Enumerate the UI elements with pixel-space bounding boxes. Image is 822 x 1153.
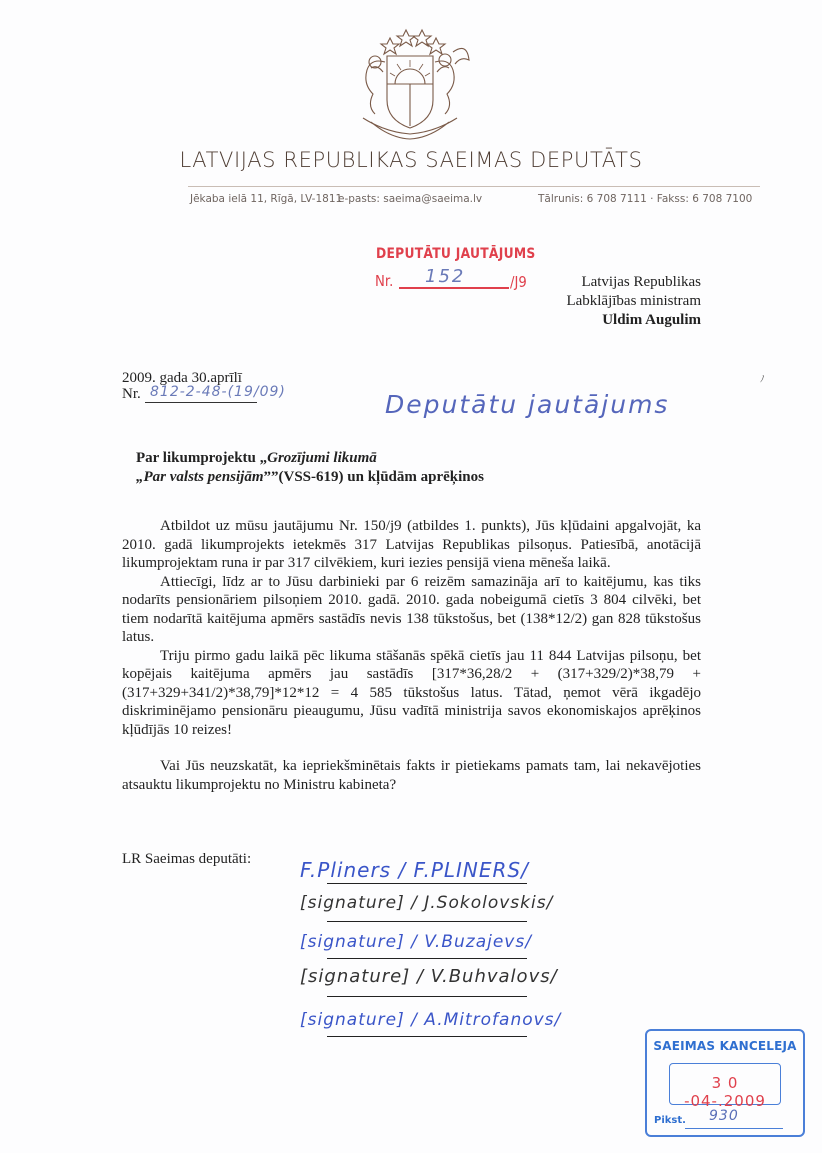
reference-label: Nr. [122,386,141,403]
signature-line [327,958,527,959]
office-stamp-piksl-line [685,1128,783,1129]
office-stamp-date-box: 3 0 -04-.2009 [669,1063,781,1105]
signature-line [327,996,527,997]
signatures-label: LR Saeimas deputāti: [122,851,251,868]
subject-italic-1: Grozījumi likumā [267,450,377,466]
recipient-line-1: Latvijas Republikas [500,273,701,292]
letter-subject: Par likumprojektu „Grozījumi likumā „Par… [136,449,484,487]
signature-4: [signature] / V.Buhvalovs/ [300,966,558,987]
reference-line [145,402,257,403]
registration-stamp-nr-line [399,287,509,289]
reference-handwritten-value: 812-2-48-(19/09) [150,384,286,400]
office-stamp-title: SAEIMAS KANCELEJA [647,1039,803,1053]
subject-suffix: ””(VSS-619) un kļūdām aprēķinos [264,469,484,485]
signature-line [327,1036,527,1037]
office-stamp-piksl-label: Pikst. [654,1115,686,1126]
subject-prefix: Par likumprojektu „ [136,450,267,466]
letterhead-address: Jēkaba ielā 11, Rīgā, LV-1811 [190,193,342,205]
office-stamp-date: 3 0 -04-.2009 [670,1074,780,1110]
letter-body: Atbildot uz mūsu jautājumu Nr. 150/j9 (a… [122,517,701,794]
registration-stamp-nr-value: 152 [425,266,465,287]
body-paragraph: Attiecīgi, līdz ar to Jūsu darbinieki pa… [122,573,701,647]
signature-3: [signature] / V.Buzajevs/ [300,932,532,952]
subject-italic-2: „Par valsts pensijām [136,469,264,485]
letterhead-divider [188,186,760,187]
signature-5: [signature] / A.Mitrofanovs/ [300,1010,561,1030]
registration-stamp-title: DEPUTĀTU JAUTĀJUMS [376,246,536,262]
recipient-block: Latvijas Republikas Labklājības ministra… [500,273,701,330]
registration-stamp-nr-label: Nr. [375,272,393,290]
signature-2: [signature] / J.Sokolovskis/ [300,893,553,913]
latvia-coat-of-arms-icon [345,22,475,142]
office-received-stamp: SAEIMAS KANCELEJA 3 0 -04-.2009 Pikst. 9… [645,1029,805,1137]
letterhead-title: LATVIJAS REPUBLIKAS SAEIMAS DEPUTĀTS [0,148,822,172]
body-paragraph: Vai Jūs neuzskatāt, ka iepriekšminētais … [122,757,701,794]
recipient-name: Uldim Augulim [500,311,701,330]
signature-line [327,883,527,884]
letterhead-phone-fax: Tālrunis: 6 708 7111 · Fakss: 6 708 7100 [538,193,752,205]
signature-1: F.Pliners / F.PLINERS/ [300,858,529,882]
letterhead-email: e-pasts: saeima@saeima.lv [338,193,482,205]
body-paragraph: Triju pirmo gadu laikā pēc likuma stāšan… [122,647,701,740]
signature-line [327,921,527,922]
scan-speck: ﾉ [760,372,765,385]
body-paragraph: Atbildot uz mūsu jautājumu Nr. 150/j9 (a… [122,517,701,573]
handwritten-note: Deputātu jautājums [385,390,669,419]
office-stamp-piksl-value: 930 [709,1108,739,1124]
recipient-line-2: Labklājības ministram [500,292,701,311]
